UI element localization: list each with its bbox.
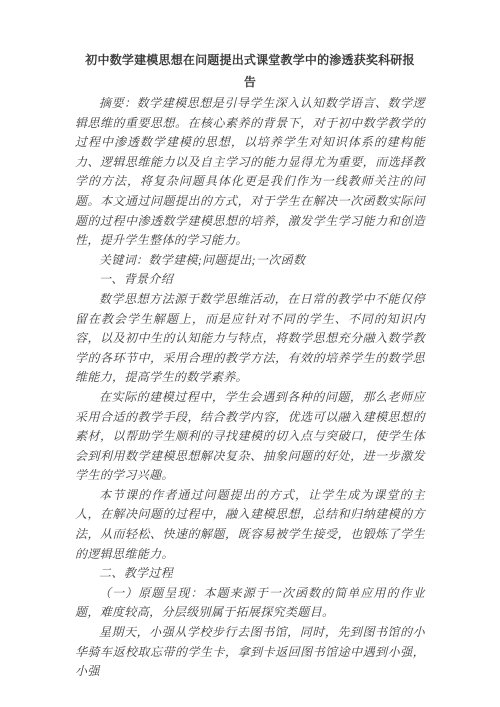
abstract-paragraph: 摘要：数学建模思想是引导学生深入认知数学语言、数学逻辑思维的重要思想。在核心素养… [75,94,425,251]
document-page: 初中数学建模思想在问题提出式课堂教学中的渗透获奖科研报告 摘要：数学建模思想是引… [0,0,500,707]
paragraph-background-2: 在实际的建模过程中，学生会遇到各种的问题，那么老师应采用合适的教学手段，结合教学… [75,388,425,486]
keywords-line: 关键词：数学建模;问题提出;一次函数 [75,251,425,271]
paragraph-background-3: 本节课的作者通过问题提出的方式，让学生成为课堂的主人，在解决问题的过程中，融入建… [75,486,425,564]
paragraph-problem-story: 星期天，小强从学校步行去图书馆，同时，先到图书馆的小华骑车返校取忘带的学生卡，拿… [75,623,425,682]
paragraph-background-1: 数学思想方法源于数学思维活动，在日常的教学中不能仅停留在教会学生解题上，而是应针… [75,290,425,388]
section-heading-teaching-process: 二、教学过程 [75,564,425,584]
section-heading-background: 一、背景介绍 [75,270,425,290]
document-title: 初中数学建模思想在问题提出式课堂教学中的渗透获奖科研报告 [85,50,415,93]
paragraph-original-problem: （一）原题呈现：本题来源于一次函数的简单应用的作业题，难度较高，分层级别属于拓展… [75,584,425,623]
